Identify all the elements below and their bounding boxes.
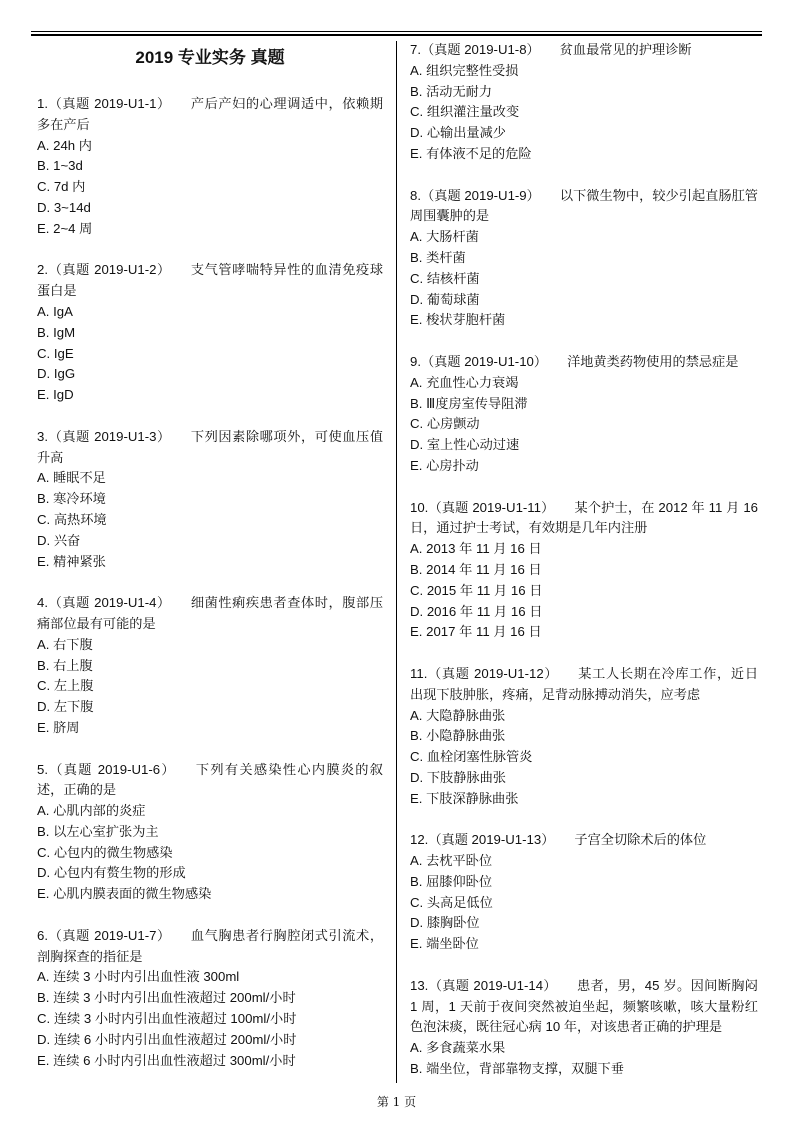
- question-1: 1.（真题 2019-U1-1）产后产妇的心理调适中，依赖期多在产后 A. 24…: [37, 94, 383, 240]
- option-b: B. 1~3d: [37, 156, 383, 177]
- option-c: C. 高热环境: [37, 510, 383, 531]
- question-number: 4.（真题 2019-U1-4）: [37, 595, 171, 610]
- option-d: D. 连续 6 小时内引出血性液超过 200ml/小时: [37, 1030, 383, 1051]
- option-d: D. 膝胸卧位: [410, 913, 758, 934]
- option-e: E. 梭状芽胞杆菌: [410, 310, 758, 331]
- option-a: A. 睡眠不足: [37, 468, 383, 489]
- option-b: B. 以左心室扩张为主: [37, 822, 383, 843]
- question-number: 12.（真题 2019-U1-13）: [410, 832, 554, 847]
- option-e: E. 连续 6 小时内引出血性液超过 300ml/小时: [37, 1051, 383, 1072]
- option-d: D. 心输出量减少: [410, 123, 758, 144]
- question-6: 6.（真题 2019-U1-7）血气胸患者行胸腔闭式引流术，剖胸探查的指征是 A…: [37, 926, 383, 1072]
- question-3: 3.（真题 2019-U1-3）下列因素除哪项外，可使血压值升高 A. 睡眠不足…: [37, 427, 383, 573]
- option-e: E. 心肌内膜表面的微生物感染: [37, 884, 383, 905]
- option-c: C. 心包内的微生物感染: [37, 843, 383, 864]
- option-b: B. 小隐静脉曲张: [410, 726, 758, 747]
- option-b: B. IgM: [37, 323, 383, 344]
- page-title: 2019 专业实务 真题: [37, 46, 383, 74]
- option-a: A. 24h 内: [37, 136, 383, 157]
- question-12: 12.（真题 2019-U1-13）子宫全切除术后的体位 A. 去枕平卧位 B.…: [410, 830, 758, 955]
- option-a: A. 心肌内部的炎症: [37, 801, 383, 822]
- left-column: 2019 专业实务 真题 1.（真题 2019-U1-1）产后产妇的心理调适中，…: [37, 40, 383, 1092]
- header-rule-thick: [31, 34, 762, 36]
- question-number: 10.（真题 2019-U1-11）: [410, 500, 555, 515]
- option-c: C. 血栓闭塞性脉管炎: [410, 747, 758, 768]
- option-b: B. 寒冷环境: [37, 489, 383, 510]
- option-b: B. 右上腹: [37, 656, 383, 677]
- question-13: 13.（真题 2019-U1-14）患者，男，45 岁。因间断胸闷 1 周，1 …: [410, 976, 758, 1080]
- question-2: 2.（真题 2019-U1-2）支气管哮喘特异性的血清免疫球蛋白是 A. IgA…: [37, 260, 383, 406]
- option-a: A. 多食蔬菜水果: [410, 1038, 758, 1059]
- question-8: 8.（真题 2019-U1-9）以下微生物中，较少引起直肠肛管周围囊肿的是 A.…: [410, 186, 758, 332]
- header-rule-thin: [31, 31, 762, 32]
- option-d: D. 心包内有赘生物的形成: [37, 863, 383, 884]
- option-d: D. 下肢静脉曲张: [410, 768, 758, 789]
- question-number: 8.（真题 2019-U1-9）: [410, 188, 540, 203]
- question-number: 1.（真题 2019-U1-1）: [37, 96, 171, 111]
- option-c: C. 结核杆菌: [410, 269, 758, 290]
- option-e: E. 脐周: [37, 718, 383, 739]
- option-c: C. 头高足低位: [410, 893, 758, 914]
- option-a: A. 去枕平卧位: [410, 851, 758, 872]
- question-number: 11.（真题 2019-U1-12）: [410, 666, 558, 681]
- question-7: 7.（真题 2019-U1-8）贫血最常见的护理诊断 A. 组织完整性受损 B.…: [410, 40, 758, 165]
- option-d: D. 3~14d: [37, 198, 383, 219]
- question-11: 11.（真题 2019-U1-12）某工人长期在冷库工作，近日出现下肢肿胀，疼痛…: [410, 664, 758, 810]
- option-c: C. 左上腹: [37, 676, 383, 697]
- column-divider: [396, 41, 397, 1083]
- option-b: B. 活动无耐力: [410, 82, 758, 103]
- option-b: B. 连续 3 小时内引出血性液超过 200ml/小时: [37, 988, 383, 1009]
- question-9: 9.（真题 2019-U1-10）洋地黄类药物使用的禁忌症是 A. 充血性心力衰…: [410, 352, 758, 477]
- option-b: B. 类杆菌: [410, 248, 758, 269]
- option-b: B. 2014 年 11 月 16 日: [410, 560, 758, 581]
- option-b: B. Ⅲ度房室传导阻滞: [410, 394, 758, 415]
- question-number: 9.（真题 2019-U1-10）: [410, 354, 547, 369]
- option-e: E. 2~4 周: [37, 219, 383, 240]
- question-number: 7.（真题 2019-U1-8）: [410, 42, 540, 57]
- option-e: E. IgD: [37, 385, 383, 406]
- question-stem: 子宫全切除术后的体位: [574, 832, 706, 847]
- option-c: C. 心房颤动: [410, 414, 758, 435]
- option-e: E. 2017 年 11 月 16 日: [410, 622, 758, 643]
- option-c: C. 连续 3 小时内引出血性液超过 100ml/小时: [37, 1009, 383, 1030]
- question-4: 4.（真题 2019-U1-4）细菌性痢疾患者查体时，腹部压痛部位最有可能的是 …: [37, 593, 383, 739]
- option-e: E. 心房扑动: [410, 456, 758, 477]
- question-number: 5.（真题 2019-U1-6）: [37, 762, 176, 777]
- option-e: E. 下肢深静脉曲张: [410, 789, 758, 810]
- option-a: A. 充血性心力衰竭: [410, 373, 758, 394]
- option-c: C. 组织灌注量改变: [410, 102, 758, 123]
- option-b: B. 端坐位，背部靠物支撑，双腿下垂: [410, 1059, 758, 1080]
- question-10: 10.（真题 2019-U1-11）某个护士，在 2012 年 11 月 16 …: [410, 498, 758, 644]
- option-d: D. 左下腹: [37, 697, 383, 718]
- option-a: A. IgA: [37, 302, 383, 323]
- option-a: A. 连续 3 小时内引出血性液 300ml: [37, 967, 383, 988]
- option-a: A. 大隐静脉曲张: [410, 706, 758, 727]
- right-column: 7.（真题 2019-U1-8）贫血最常见的护理诊断 A. 组织完整性受损 B.…: [410, 40, 758, 1101]
- option-d: D. 2016 年 11 月 16 日: [410, 602, 758, 623]
- option-a: A. 大肠杆菌: [410, 227, 758, 248]
- option-b: B. 屈膝仰卧位: [410, 872, 758, 893]
- question-stem: 贫血最常见的护理诊断: [560, 42, 692, 57]
- question-number: 2.（真题 2019-U1-2）: [37, 262, 171, 277]
- option-e: E. 精神紧张: [37, 552, 383, 573]
- option-c: C. 7d 内: [37, 177, 383, 198]
- option-a: A. 2013 年 11 月 16 日: [410, 539, 758, 560]
- option-a: A. 组织完整性受损: [410, 61, 758, 82]
- option-c: C. 2015 年 11 月 16 日: [410, 581, 758, 602]
- question-number: 3.（真题 2019-U1-3）: [37, 429, 171, 444]
- question-5: 5.（真题 2019-U1-6）下列有关感染性心内膜炎的叙述，正确的是 A. 心…: [37, 760, 383, 906]
- option-e: E. 端坐卧位: [410, 934, 758, 955]
- question-stem: 洋地黄类药物使用的禁忌症是: [567, 354, 738, 369]
- option-d: D. 兴奋: [37, 531, 383, 552]
- question-number: 13.（真题 2019-U1-14）: [410, 978, 557, 993]
- question-number: 6.（真题 2019-U1-7）: [37, 928, 171, 943]
- option-d: D. 葡萄球菌: [410, 290, 758, 311]
- option-a: A. 右下腹: [37, 635, 383, 656]
- option-d: D. IgG: [37, 364, 383, 385]
- option-e: E. 有体液不足的危险: [410, 144, 758, 165]
- option-c: C. IgE: [37, 344, 383, 365]
- option-d: D. 室上性心动过速: [410, 435, 758, 456]
- page-number: 第 1 页: [0, 1093, 793, 1110]
